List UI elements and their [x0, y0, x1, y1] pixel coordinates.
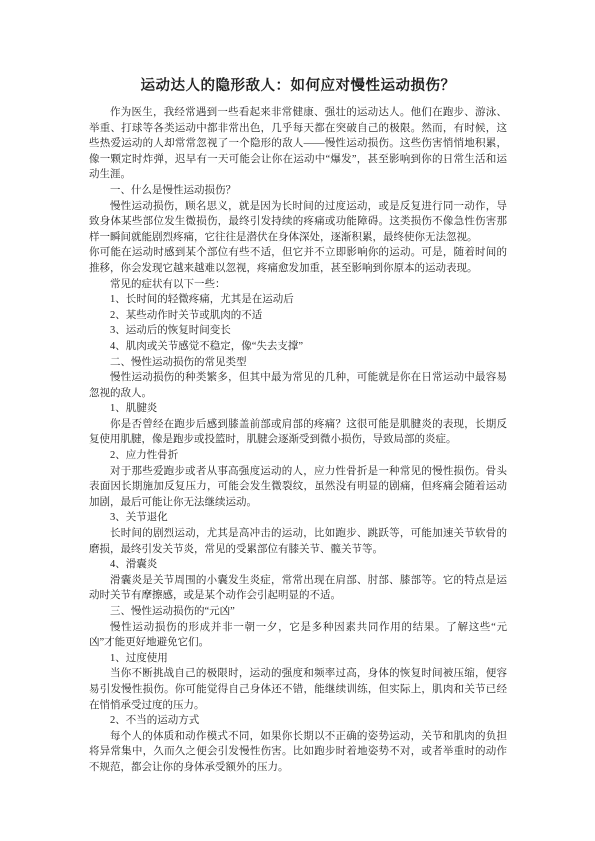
paragraph: 作为医生，我经常遇到一些看起来非常健康、强壮的运动达人。他们在跑步、游泳、举重、…	[89, 105, 507, 183]
paragraph: 慢性运动损伤的种类繁多，但其中最为常见的几种，可能就是你在日常运动中最容易忽视的…	[89, 370, 507, 401]
section-heading: 二、慢性运动损伤的常见类型	[89, 355, 507, 371]
paragraph: 慢性运动损伤，顾名思义，就是因为长时间的过度运动，或是反复进行同一动作，导致身体…	[89, 199, 507, 246]
sub-heading: 3、关节退化	[89, 510, 507, 526]
sub-heading: 1、肌腱炎	[89, 401, 507, 417]
list-item: 4、肌肉或关节感觉不稳定，像“失去支撑”	[89, 339, 507, 355]
section-heading: 三、慢性运动损伤的“元凶”	[89, 604, 507, 620]
sub-heading: 1、过度使用	[89, 651, 507, 667]
sub-heading: 2、应力性骨折	[89, 448, 507, 464]
paragraph: 对于那些爱跑步或者从事高强度运动的人，应力性骨折是一种常见的慢性损伤。骨头表面因…	[89, 464, 507, 511]
list-item: 3、运动后的恢复时间变长	[89, 323, 507, 339]
paragraph: 你可能在运动时感到某个部位有些不适，但它并不立即影响你的运动。可是，随着时间的推…	[89, 245, 507, 276]
paragraph: 当你不断挑战自己的极限时，运动的强度和频率过高，身体的恢复时间被压缩，便容易引发…	[89, 666, 507, 713]
document-page: 运动达人的隐形敌人：如何应对慢性运动损伤？ 作为医生，我经常遇到一些看起来非常健…	[0, 0, 595, 841]
section-heading: 一、什么是慢性运动损伤？	[89, 183, 507, 199]
list-item: 2、某些动作时关节或肌肉的不适	[89, 308, 507, 324]
paragraph: 慢性运动损伤的形成并非一朝一夕，它是多种因素共同作用的结果。了解这些“元凶”才能…	[89, 620, 507, 651]
paragraph: 每个人的体质和动作模式不同，如果你长期以不正确的姿势运动，关节和肌肉的负担将异常…	[89, 729, 507, 776]
paragraph: 滑囊炎是关节周围的小囊发生炎症，常常出现在肩部、肘部、膝部等。它的特点是运动时关…	[89, 573, 507, 604]
paragraph: 你是否曾经在跑步后感到膝盖前部或肩部的疼痛？这很可能是肌腱炎的表现，长期反复使用…	[89, 417, 507, 448]
sub-heading: 2、不当的运动方式	[89, 713, 507, 729]
document-title: 运动达人的隐形敌人：如何应对慢性运动损伤？	[89, 76, 507, 96]
sub-heading: 4、滑囊炎	[89, 557, 507, 573]
paragraph: 常见的症状有以下一些：	[89, 277, 507, 293]
paragraph: 长时间的剧烈运动，尤其是高冲击的运动，比如跑步、跳跃等，可能加速关节软骨的磨损，…	[89, 526, 507, 557]
document-body: 作为医生，我经常遇到一些看起来非常健康、强壮的运动达人。他们在跑步、游泳、举重、…	[89, 105, 507, 776]
list-item: 1、长时间的轻微疼痛，尤其是在运动后	[89, 292, 507, 308]
